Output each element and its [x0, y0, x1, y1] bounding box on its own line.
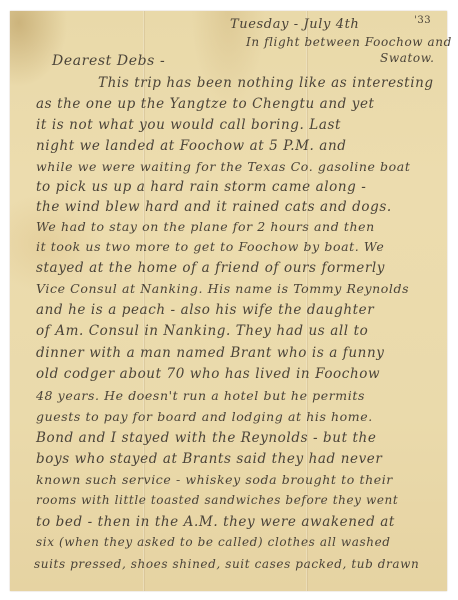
- letter-line: rooms with little toasted sandwiches bef…: [36, 493, 398, 507]
- letter-line: as the one up the Yangtze to Chengtu and…: [36, 96, 375, 112]
- letter-page: Tuesday - July 4th '33 In flight between…: [10, 11, 447, 591]
- letter-date: Tuesday - July 4th: [230, 17, 359, 32]
- letter-location-line1: In flight between Foochow and: [246, 35, 452, 49]
- letter-line: to pick us up a hard rain storm came alo…: [36, 179, 366, 195]
- letter-line: of Am. Consul in Nanking. They had us al…: [36, 323, 368, 339]
- letter-year: '33: [414, 15, 431, 26]
- letter-line: it took us two more to get to Foochow by…: [36, 239, 384, 254]
- letter-line: dinner with a man named Brant who is a f…: [36, 345, 385, 361]
- letter-location-line2: Swatow.: [380, 51, 435, 65]
- letter-line: it is not what you would call boring. La…: [36, 117, 341, 133]
- letter-line: suits pressed, shoes shined, suit cases …: [34, 557, 419, 571]
- letter-line: night we landed at Foochow at 5 P.M. and: [36, 138, 346, 154]
- letter-line: known such service - whiskey soda brough…: [36, 472, 393, 487]
- letter-line: six (when they asked to be called) cloth…: [36, 535, 391, 549]
- letter-line: stayed at the home of a friend of ours f…: [36, 260, 385, 276]
- letter-line: to bed - then in the A.M. they were awak…: [36, 514, 395, 530]
- letter-line: old codger about 70 who has lived in Foo…: [36, 366, 380, 382]
- letter-line: 48 years. He doesn't run a hotel but he …: [36, 388, 365, 403]
- letter-line: Bond and I stayed with the Reynolds - bu…: [36, 430, 376, 446]
- letter-line: guests to pay for board and lodging at h…: [36, 409, 373, 424]
- letter-line: We had to stay on the plane for 2 hours …: [36, 219, 375, 234]
- letter-line: boys who stayed at Brants said they had …: [36, 451, 382, 467]
- letter-salutation: Dearest Debs -: [52, 53, 165, 69]
- letter-line: This trip has been nothing like as inter…: [98, 75, 434, 91]
- letter-line: the wind blew hard and it rained cats an…: [36, 199, 392, 215]
- letter-line: Vice Consul at Nanking. His name is Tomm…: [36, 281, 409, 296]
- letter-line: while we were waiting for the Texas Co. …: [36, 159, 410, 174]
- letter-line: and he is a peach - also his wife the da…: [36, 302, 374, 318]
